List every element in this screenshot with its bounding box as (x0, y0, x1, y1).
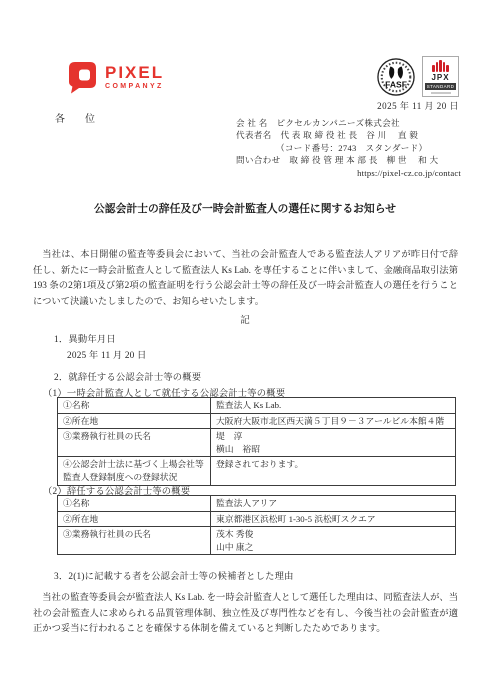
contact-person-line: 問い合わせ 取 締 役 管 理 本 部 長 柳 世 和 大 (236, 154, 461, 166)
intro-paragraph: 当社は、本日開催の監査等委員会において、当社の会計監査人である監査法人アリアが昨… (33, 248, 458, 310)
appointed-auditor-table: ①名称 監査法人 Ks Lab. ②所在地 大阪府大阪市北区西天満５丁目９－３ア… (57, 397, 456, 486)
document-title: 公認会計士の辞任及び一時会計監査人の選任に関するお知らせ (0, 201, 490, 216)
table-row: ②所在地 東京都港区浜松町 1-30-5 浜松町スクエア (58, 511, 456, 527)
document-date: 2025 年 11 月 20 日 (377, 99, 459, 112)
table-value-cell: 登録されております。 (211, 457, 456, 485)
table-label-cell: ①名称 (58, 496, 211, 512)
table-row: ①名称 監査法人アリア (58, 496, 456, 512)
table-value-cell: 東京都港区浜松町 1-30-5 浜松町スクエア (211, 511, 456, 527)
logo-wordmark: PIXEL COMPANYZ (105, 62, 164, 90)
press-release-page: PIXEL COMPANYZ FASF JPX STANDARD 2025 年 … (0, 0, 490, 692)
pixel-companyz-logo: PIXEL COMPANYZ (69, 62, 164, 94)
jpx-label: JPX (431, 73, 449, 82)
table-row: ③業務執行社員の氏名 堤 淳 横山 裕昭 (58, 429, 456, 457)
company-name-line: 会 社 名 ピクセルカンパニーズ株式会社 (236, 117, 461, 129)
jpx-fineprint (431, 92, 451, 94)
table-label-cell: ①名称 (58, 398, 211, 414)
company-info-block: 会 社 名 ピクセルカンパニーズ株式会社 代表者名 代 表 取 締 役 社 長 … (236, 117, 461, 179)
table-value-cell: 監査法人アリア (211, 496, 456, 512)
section-3-heading: 3．2(1)に記載する者を公認会計士等の候補者とした理由 (54, 568, 294, 582)
table-value-cell: 茂木 秀俊 山中 康之 (211, 527, 456, 555)
table-label-cell: ②所在地 (58, 511, 211, 527)
record-mark: 記 (0, 312, 490, 326)
table-value-cell: 大阪府大阪市北区西天満５丁目９－３アールビル本館４階 (211, 413, 456, 429)
certification-marks: FASF JPX STANDARD (377, 56, 459, 97)
table-row: ③業務執行社員の氏名 茂木 秀俊 山中 康之 (58, 527, 456, 555)
table-value-cell: 堤 淳 横山 裕昭 (211, 429, 456, 457)
section-3-paragraph: 当社の監査等委員会が監査法人 Ks Lab. を一時会計監査人として選任した理由… (33, 591, 458, 637)
resigned-auditor-table: ①名称 監査法人アリア ②所在地 東京都港区浜松町 1-30-5 浜松町スクエア… (57, 495, 456, 555)
table-row: ①名称 監査法人 Ks Lab. (58, 398, 456, 414)
stock-code-line: （コード番号：2743 スタンダード） (236, 142, 461, 154)
logo-text-companyz: COMPANYZ (105, 83, 164, 90)
logo-text-pixel: PIXEL (105, 64, 164, 81)
jpx-bars-icon (432, 60, 449, 72)
table-label-cell: ③業務執行社員の氏名 (58, 429, 211, 457)
jpx-standard-mark: JPX STANDARD (422, 56, 459, 97)
table-label-cell: ③業務執行社員の氏名 (58, 527, 211, 555)
table-label-cell: ②所在地 (58, 413, 211, 429)
jpx-segment-badge: STANDARD (425, 83, 457, 90)
pixel-logo-icon (69, 62, 97, 94)
effective-date: 2025 年 11 月 20 日 (67, 347, 147, 361)
table-row: ④公認会計士法に基づく上場会社等 監査人登録制度への登録状況 登録されております… (58, 457, 456, 485)
table-value-cell: 監査法人 Ks Lab. (211, 398, 456, 414)
table-label-cell: ④公認会計士法に基づく上場会社等 監査人登録制度への登録状況 (58, 457, 211, 485)
contact-url[interactable]: https://pixel-cz.co.jp/contact (236, 167, 461, 179)
fasf-label: FASF (385, 79, 407, 89)
table-row: ②所在地 大阪府大阪市北区西天満５丁目９－３アールビル本館４階 (58, 413, 456, 429)
fasf-seal-icon: FASF (377, 58, 415, 96)
section-2-heading: 2．就辞任する公認会計士等の概要 (54, 369, 201, 383)
recipient: 各 位 (55, 110, 95, 125)
representative-line: 代表者名 代 表 取 締 役 社 長 谷 川 直 毅 (236, 129, 461, 141)
section-1-heading: 1．異動年月日 (54, 331, 116, 345)
